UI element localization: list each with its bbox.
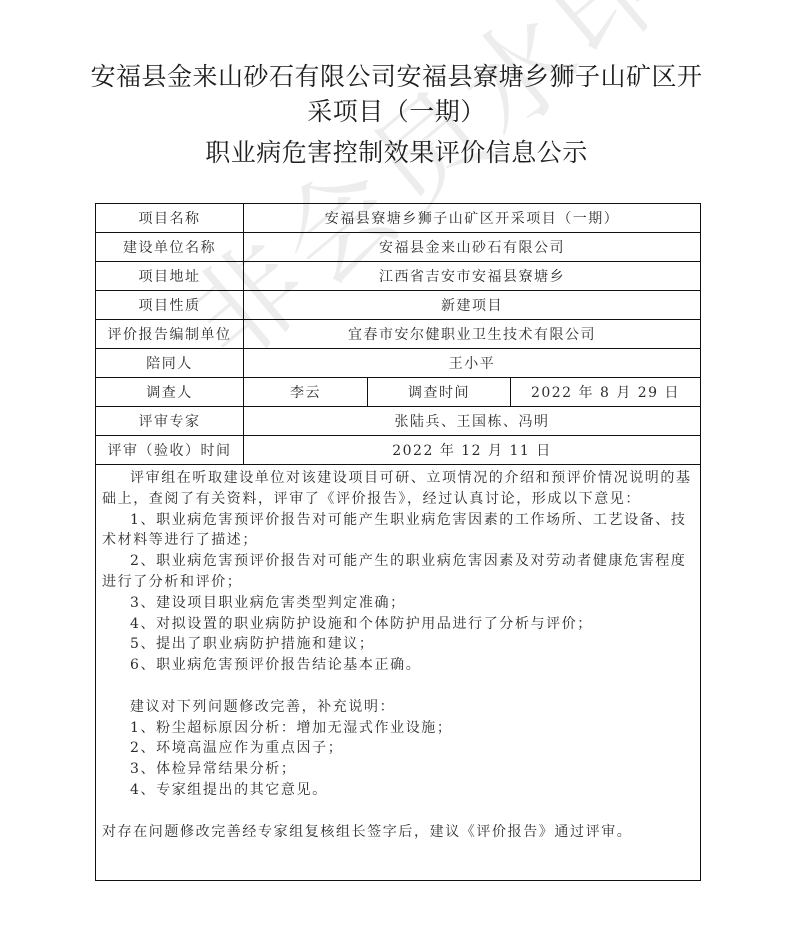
suggestion-1: 1、粉尘超标原因分析：增加无湿式作业设施； xyxy=(102,718,694,739)
report-unit-value: 宜春市安尔健职业卫生技术有限公司 xyxy=(244,320,701,349)
suggestion-2: 2、环境高温应作为重点因子； xyxy=(102,738,694,759)
nature-value: 新建项目 xyxy=(244,291,701,320)
address-value: 江西省吉安市安福县寮塘乡 xyxy=(244,262,701,291)
row-review-time: 评审（验收）时间 2022 年 12 月 11 日 xyxy=(96,436,701,465)
review-time-label: 评审（验收）时间 xyxy=(96,436,244,465)
review-time-value: 2022 年 12 月 11 日 xyxy=(244,436,701,465)
opinion-conclusion: 对存在问题修改完善经专家组复核组长签字后，建议《评价报告》通过评审。 xyxy=(102,822,694,843)
experts-label: 评审专家 xyxy=(96,407,244,436)
document-title-line-2: 采项目（一期） xyxy=(0,92,793,128)
finding-4: 4、对拟设置的职业病防护设施和个体防护用品进行了分析与评价； xyxy=(102,614,694,635)
row-report-unit: 评价报告编制单位 宜春市安尔健职业卫生技术有限公司 xyxy=(96,320,701,349)
nature-label: 项目性质 xyxy=(96,291,244,320)
builder-label: 建设单位名称 xyxy=(96,233,244,262)
survey-time-value: 2022 年 8 月 29 日 xyxy=(511,378,701,407)
project-name-label: 项目名称 xyxy=(96,204,244,233)
spacer xyxy=(102,801,694,822)
builder-value: 安福县金来山砂石有限公司 xyxy=(244,233,701,262)
companion-value: 王小平 xyxy=(244,349,701,378)
finding-5: 5、提出了职业病防护措施和建议； xyxy=(102,634,694,655)
spacer xyxy=(102,676,694,697)
suggestion-intro: 建议对下列问题修改完善，补充说明： xyxy=(102,697,694,718)
row-companion: 陪同人 王小平 xyxy=(96,349,701,378)
finding-1: 1、职业病危害预评价报告对可能产生职业病危害因素的工作场所、工艺设备、技术材料等… xyxy=(102,510,694,552)
finding-3: 3、建设项目职业病危害类型判定准确； xyxy=(102,593,694,614)
row-opinion: 评审组在听取建设单位对该建设项目可研、立项情况的介绍和预评价情况说明的基础上，查… xyxy=(96,465,701,881)
review-opinion: 评审组在听取建设单位对该建设项目可研、立项情况的介绍和预评价情况说明的基础上，查… xyxy=(96,465,701,881)
investigator-value: 李云 xyxy=(244,378,368,407)
info-table: 项目名称 安福县寮塘乡狮子山矿区开采项目（一期） 建设单位名称 安福县金来山砂石… xyxy=(95,203,701,881)
row-builder: 建设单位名称 安福县金来山砂石有限公司 xyxy=(96,233,701,262)
opinion-intro: 评审组在听取建设单位对该建设项目可研、立项情况的介绍和预评价情况说明的基础上，查… xyxy=(102,468,694,510)
document-title-line-1: 安福县金来山砂石有限公司安福县寮塘乡狮子山矿区开 xyxy=(0,57,793,93)
finding-2: 2、职业病危害预评价报告对可能产生的职业病危害因素及对劳动者健康危害程度进行了分… xyxy=(102,551,694,593)
row-address: 项目地址 江西省吉安市安福县寮塘乡 xyxy=(96,262,701,291)
survey-time-label: 调查时间 xyxy=(368,378,511,407)
companion-label: 陪同人 xyxy=(96,349,244,378)
suggestion-3: 3、体检异常结果分析； xyxy=(102,759,694,780)
address-label: 项目地址 xyxy=(96,262,244,291)
suggestion-4: 4、专家组提出的其它意见。 xyxy=(102,780,694,801)
row-investigator: 调查人 李云 调查时间 2022 年 8 月 29 日 xyxy=(96,378,701,407)
row-project-name: 项目名称 安福县寮塘乡狮子山矿区开采项目（一期） xyxy=(96,204,701,233)
project-name-value: 安福县寮塘乡狮子山矿区开采项目（一期） xyxy=(244,204,701,233)
investigator-label: 调查人 xyxy=(96,378,244,407)
finding-6: 6、职业病危害预评价报告结论基本正确。 xyxy=(102,655,694,676)
report-unit-label: 评价报告编制单位 xyxy=(96,320,244,349)
experts-value: 张陆兵、王国栋、冯明 xyxy=(244,407,701,436)
row-nature: 项目性质 新建项目 xyxy=(96,291,701,320)
document-subtitle: 职业病危害控制效果评价信息公示 xyxy=(0,133,793,169)
row-experts: 评审专家 张陆兵、王国栋、冯明 xyxy=(96,407,701,436)
